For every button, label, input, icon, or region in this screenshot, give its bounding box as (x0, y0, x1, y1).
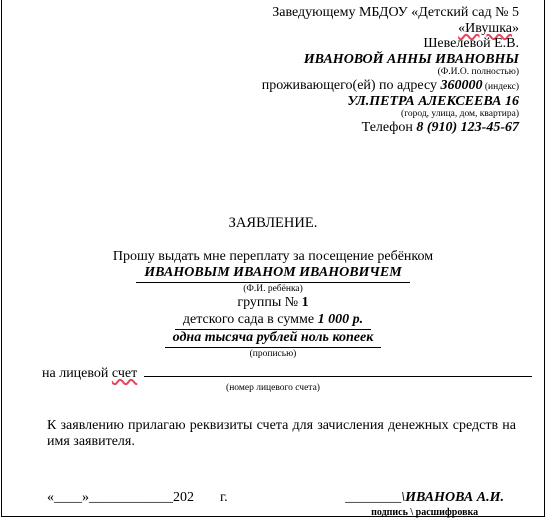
sum-words-line: одна тысяча рублей ноль копеек (2, 330, 544, 348)
applicant-name: ИВАНОВОЙ АННЫ ИВАНОВНЫ (2, 52, 519, 68)
account-number-blank (144, 363, 532, 377)
org-name-line: «Ивушка» (2, 21, 519, 37)
request-line: Прошу выдать мне переплату за посещение … (2, 249, 544, 265)
footer: «____»____________202г. ________\ИВАНОВА… (2, 490, 544, 518)
org-name: «Ивушка (458, 21, 512, 36)
addressee-line: Заведующему МБДОУ «Детский сад № 5 (2, 5, 519, 21)
phone-number: 8 (910) 123-45-67 (416, 120, 519, 135)
child-name-line: ИВАНОВЫМ ИВАНОМ ИВАНОВИЧЕМ (2, 265, 544, 283)
document-page: " Заведующему МБДОУ «Детский сад № 5 «Ив… (1, 0, 545, 517)
date-line: «____»____________202г. (47, 490, 228, 506)
address-street: УЛ.ПЕТРА АЛЕКСЕЕВА 16 (2, 94, 519, 110)
document-title: ЗАЯВЛЕНИЕ. (2, 215, 544, 231)
account-word: счет (112, 366, 137, 381)
signature-block: ________\ИВАНОВА А.И. подпись \ расшифро… (345, 490, 504, 518)
account-caption: (номер лицевого счета) (2, 383, 544, 394)
account-label: на лицевой счет (42, 365, 137, 382)
sum-caption: (прописью) (2, 349, 544, 360)
addressee-header: Заведующему МБДОУ «Детский сад № 5 «Ивуш… (2, 5, 544, 136)
signature-name: \ИВАНОВА А.И. (401, 490, 504, 505)
index-caption: (индекс) (482, 82, 519, 92)
stray-quote-mark: " (8, 0, 16, 7)
child-caption: (Ф.И. ребёнка) (2, 284, 544, 295)
request-body: Прошу выдать мне переплату за посещение … (2, 249, 544, 360)
postal-index: 360000 (440, 78, 482, 93)
applicant-caption: (Ф.И.О. полностью) (2, 67, 519, 78)
attachment-paragraph: К заявлению прилагаю реквизиты счета для… (2, 418, 544, 451)
group-line: группы № 1 (2, 295, 544, 311)
signature-blank: ________ (345, 490, 401, 505)
sum-underlined: детского сада в сумме 1 000 р. (175, 312, 371, 330)
sum-line: детского сада в сумме 1 000 р. (2, 312, 544, 330)
sum-in-words: одна тысяча рублей ноль копеек (165, 330, 382, 348)
phone-line: Телефон 8 (910) 123-45-67 (2, 120, 519, 136)
head-name: Шевелевой Е.В. (2, 36, 519, 52)
org-name-close: » (512, 21, 519, 36)
group-number: 1 (302, 295, 309, 310)
address-line: проживающего(ей) по адресу 360000 (индек… (2, 78, 519, 94)
address-caption: (город, улица, дом, квартира) (2, 109, 519, 120)
signature-caption: подпись \ расшифровка (345, 507, 504, 518)
signature-line: ________\ИВАНОВА А.И. (345, 490, 504, 506)
sum-value: 1 000 р. (318, 312, 364, 327)
child-name: ИВАНОВЫМ ИВАНОМ ИВАНОВИЧЕМ (136, 265, 409, 283)
account-line: на лицевой счет (2, 363, 544, 382)
